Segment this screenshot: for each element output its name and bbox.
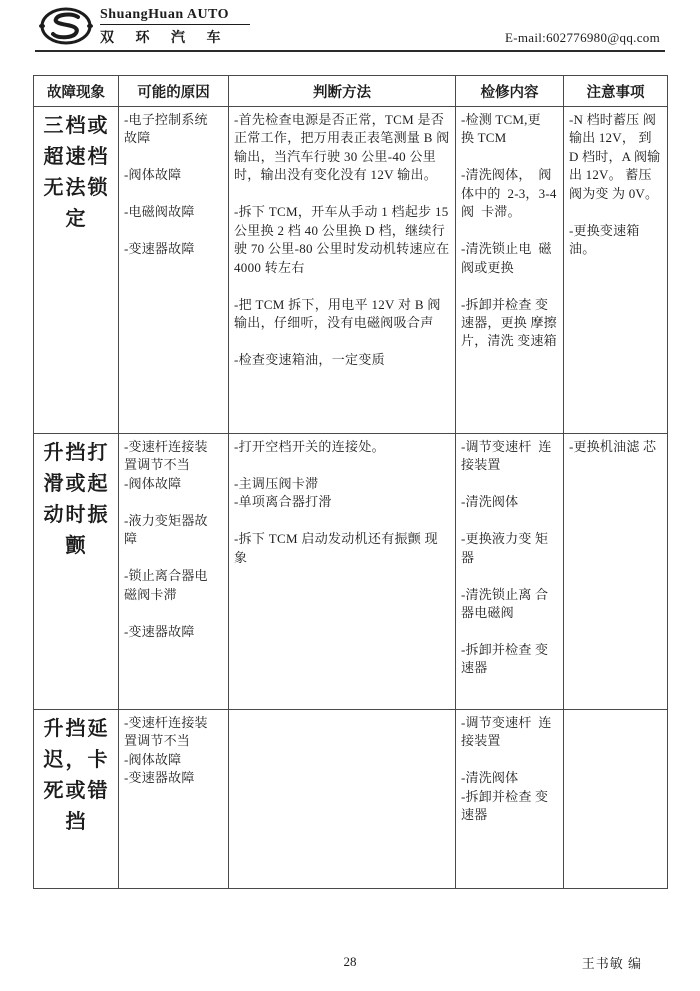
repair-cell: -检测 TCM,更 换 TCM -清洗阀体， 阀体中的 2-3，3-4 阀 卡滞… bbox=[456, 107, 564, 434]
repair-text: -调节变速杆 连接装置 -清洗阀体 -更换液力变 矩器 -清洗锁止离 合器电磁阀… bbox=[461, 438, 559, 678]
col-header-judgment: 判断方法 bbox=[229, 76, 456, 107]
causes-cell: -变速杆连接装 置调节不当 -阀体故障 -变速器故障 bbox=[119, 710, 229, 889]
table-row: 三档或超速档无法锁定 -电子控制系统 故障 -阀体故障 -电磁阀故障 -变速器故… bbox=[34, 107, 668, 434]
document-page: ShuangHuan AUTO 双 环 汽 车 E-mail:602776980… bbox=[0, 0, 700, 991]
fault-name-cell: 三档或超速档无法锁定 bbox=[34, 107, 119, 434]
brand-logo-icon bbox=[38, 5, 94, 47]
notes-text: -N 档时蓄压 阀输出 12V， 到 D 档时，A 阀输出 12V。 蓄压阀为变… bbox=[569, 111, 663, 259]
judgment-text: -打开空档开关的连接处。 -主调压阀卡滞 -单项离合器打滑 -拆下 TCM 启动… bbox=[234, 438, 451, 567]
judgment-text: -首先检查电源是否正常，TCM 是否正常工作，把万用表正表笔测量 B 阀输出，当… bbox=[234, 111, 451, 369]
table-header-row: 故障现象 可能的原因 判断方法 检修内容 注意事项 bbox=[34, 76, 668, 107]
brand-text-block: ShuangHuan AUTO 双 环 汽 车 bbox=[100, 7, 250, 47]
notes-text: -更换机油滤 芯 bbox=[569, 438, 663, 456]
page-header: ShuangHuan AUTO 双 环 汽 车 E-mail:602776980… bbox=[0, 0, 700, 52]
brand-name-en: ShuangHuan AUTO bbox=[100, 7, 250, 25]
judgment-cell: -打开空档开关的连接处。 -主调压阀卡滞 -单项离合器打滑 -拆下 TCM 启动… bbox=[229, 434, 456, 710]
repair-text: -调节变速杆 连接装置 -清洗阀体 -拆卸并检查 变速器 bbox=[461, 714, 559, 825]
fault-name-cell: 升挡打滑或起动时振颤 bbox=[34, 434, 119, 710]
repair-text: -检测 TCM,更 换 TCM -清洗阀体， 阀体中的 2-3，3-4 阀 卡滞… bbox=[461, 111, 559, 351]
notes-cell: -更换机油滤 芯 bbox=[564, 434, 668, 710]
causes-text: -变速杆连接装 置调节不当 -阀体故障 -变速器故障 bbox=[124, 714, 224, 788]
notes-cell bbox=[564, 710, 668, 889]
contact-email: E-mail:602776980@qq.com bbox=[505, 30, 660, 46]
judgment-cell bbox=[229, 710, 456, 889]
causes-cell: -电子控制系统 故障 -阀体故障 -电磁阀故障 -变速器故障 bbox=[119, 107, 229, 434]
causes-text: -电子控制系统 故障 -阀体故障 -电磁阀故障 -变速器故障 bbox=[124, 111, 224, 259]
causes-text: -变速杆连接装 置调节不当 -阀体故障 -液力变矩器故 障 -锁止离合器电 磁阀… bbox=[124, 438, 224, 641]
header-divider bbox=[35, 50, 665, 52]
repair-cell: -调节变速杆 连接装置 -清洗阀体 -更换液力变 矩器 -清洗锁止离 合器电磁阀… bbox=[456, 434, 564, 710]
col-header-repair: 检修内容 bbox=[456, 76, 564, 107]
brand-name-cn: 双 环 汽 车 bbox=[100, 27, 250, 47]
table-row: 升挡延迟，卡死或错挡 -变速杆连接装 置调节不当 -阀体故障 -变速器故障 -调… bbox=[34, 710, 668, 889]
judgment-cell: -首先检查电源是否正常，TCM 是否正常工作，把万用表正表笔测量 B 阀输出，当… bbox=[229, 107, 456, 434]
notes-cell: -N 档时蓄压 阀输出 12V， 到 D 档时，A 阀输出 12V。 蓄压阀为变… bbox=[564, 107, 668, 434]
repair-cell: -调节变速杆 连接装置 -清洗阀体 -拆卸并检查 变速器 bbox=[456, 710, 564, 889]
col-header-notes: 注意事项 bbox=[564, 76, 668, 107]
table-row: 升挡打滑或起动时振颤 -变速杆连接装 置调节不当 -阀体故障 -液力变矩器故 障… bbox=[34, 434, 668, 710]
editor-credit: 王书敏 编 bbox=[582, 953, 642, 972]
fault-name-cell: 升挡延迟，卡死或错挡 bbox=[34, 710, 119, 889]
fault-table: 故障现象 可能的原因 判断方法 检修内容 注意事项 三档或超速档无法锁定 -电子… bbox=[33, 75, 668, 889]
col-header-causes: 可能的原因 bbox=[119, 76, 229, 107]
fault-table-container: 故障现象 可能的原因 判断方法 检修内容 注意事项 三档或超速档无法锁定 -电子… bbox=[33, 75, 667, 889]
col-header-fault: 故障现象 bbox=[34, 76, 119, 107]
causes-cell: -变速杆连接装 置调节不当 -阀体故障 -液力变矩器故 障 -锁止离合器电 磁阀… bbox=[119, 434, 229, 710]
